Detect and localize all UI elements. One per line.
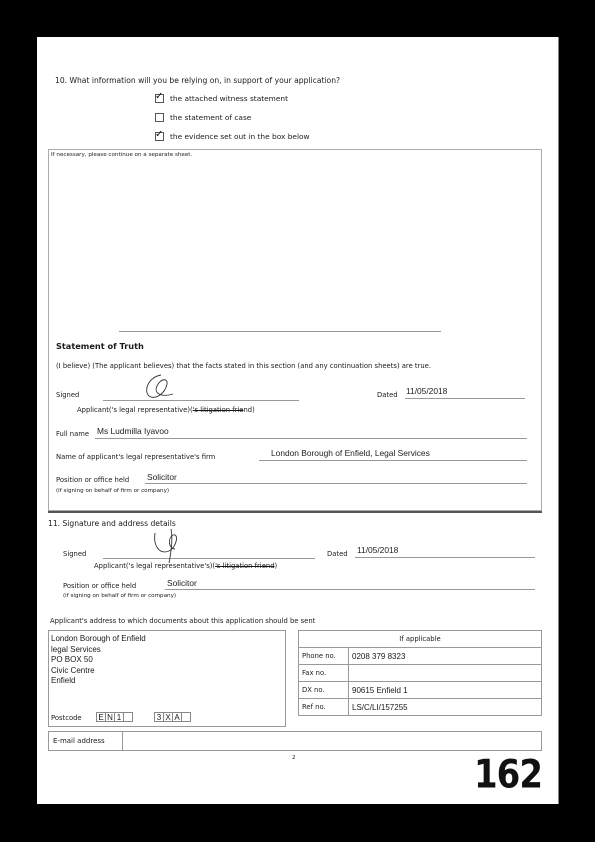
separator-line [119, 331, 441, 332]
ref-label: Ref no. [299, 699, 349, 716]
address-line: London Borough of Enfield [51, 634, 146, 645]
option-label: the attached witness statement [170, 94, 288, 103]
signer-role-2: Applicant('s legal representative's)('s … [94, 562, 277, 570]
dated-value-2[interactable]: 11/05/2018 [357, 545, 398, 555]
page-number: 2 [292, 755, 296, 761]
address-line: Civic Centre [51, 666, 146, 677]
section-10-question: 10. What information will you be relying… [55, 76, 340, 85]
statement-of-truth-text: (I believe) (The applicant believes) tha… [56, 362, 431, 370]
option-evidence-box[interactable]: ✓ the evidence set out in the box below [155, 132, 310, 141]
signed-label: Signed [56, 391, 79, 399]
signed-label-2: Signed [63, 550, 86, 558]
statement-of-truth-heading: Statement of Truth [56, 341, 144, 351]
contact-table: If applicable Phone no.0208 379 8323 Fax… [298, 630, 542, 716]
dated-line [405, 398, 525, 399]
dated-value[interactable]: 11/05/2018 [406, 386, 447, 396]
fax-value[interactable] [349, 665, 542, 682]
checkbox-witness-statement[interactable]: ✓ [155, 94, 164, 103]
option-witness-statement[interactable]: ✓ the attached witness statement [155, 94, 288, 103]
firm-value[interactable]: London Borough of Enfield, Legal Service… [271, 448, 430, 458]
address-heading: Applicant's address to which documents a… [50, 617, 315, 625]
option-label: the evidence set out in the box below [170, 132, 310, 141]
phone-value[interactable]: 0208 379 8323 [349, 648, 542, 665]
position-value-2[interactable]: Solicitor [167, 578, 197, 588]
option-label: the statement of case [170, 113, 251, 122]
dated-label-2: Dated [327, 550, 348, 558]
contact-header: If applicable [299, 631, 542, 648]
position-note-2: (if signing on behalf of firm or company… [63, 593, 176, 599]
form-page: 10. What information will you be relying… [37, 37, 559, 804]
section-divider [48, 511, 542, 513]
ref-value[interactable]: LS/C/LI/157255 [349, 699, 542, 716]
address-line: PO BOX 50 [51, 655, 146, 666]
table-row: Ref no.LS/C/LI/157255 [299, 699, 542, 716]
firm-label: Name of applicant's legal representative… [56, 453, 215, 461]
signature-line-2 [103, 558, 315, 559]
address-lines: London Borough of Enfield legal Services… [51, 634, 146, 687]
firm-line [259, 460, 527, 461]
handwritten-page-number: 162 [474, 752, 542, 798]
postcode-label: Postcode [51, 714, 82, 722]
evidence-box[interactable]: If necessary, please continue on a separ… [48, 149, 542, 511]
dated-line-2 [355, 557, 535, 558]
signature-image-2 [149, 525, 189, 565]
checkmark-icon: ✓ [155, 129, 163, 141]
table-row: Phone no.0208 379 8323 [299, 648, 542, 665]
signature-line [103, 400, 299, 401]
postcode-part2[interactable]: 3 X A [155, 712, 191, 722]
postcode-cell[interactable] [123, 712, 133, 722]
signature-image [139, 372, 179, 402]
full-name-label: Full name [56, 430, 89, 438]
dx-label: DX no. [299, 682, 349, 699]
full-name-value[interactable]: Ms Ludmilla Iyavoo [97, 426, 169, 436]
evidence-box-hint: If necessary, please continue on a separ… [51, 152, 192, 158]
position-label-2: Position or office held [63, 582, 136, 590]
address-box[interactable]: London Borough of Enfield legal Services… [48, 630, 286, 727]
full-name-line [95, 438, 527, 439]
email-value[interactable] [123, 732, 127, 750]
position-label: Position or office held [56, 476, 129, 484]
table-row: DX no.90615 Enfield 1 [299, 682, 542, 699]
address-line: Enfield [51, 676, 146, 687]
dated-label: Dated [377, 391, 398, 399]
dx-value[interactable]: 90615 Enfield 1 [349, 682, 542, 699]
email-label: E-mail address [49, 732, 123, 750]
option-statement-of-case[interactable]: the statement of case [155, 113, 251, 122]
signer-role: Applicant('s legal representative)('s li… [77, 406, 255, 414]
checkbox-statement-of-case[interactable] [155, 113, 164, 122]
checkbox-evidence-box[interactable]: ✓ [155, 132, 164, 141]
position-line-2 [165, 589, 535, 590]
position-value[interactable]: Solicitor [147, 472, 177, 482]
table-row: Fax no. [299, 665, 542, 682]
phone-label: Phone no. [299, 648, 349, 665]
position-note: (if signing on behalf of firm or company… [56, 488, 169, 494]
email-field[interactable]: E-mail address [48, 731, 542, 751]
position-line [145, 483, 527, 484]
postcode-part1[interactable]: E N 1 [97, 712, 133, 722]
checkmark-icon: ✓ [155, 91, 163, 103]
fax-label: Fax no. [299, 665, 349, 682]
address-line: legal Services [51, 645, 146, 656]
postcode-cell[interactable] [181, 712, 191, 722]
